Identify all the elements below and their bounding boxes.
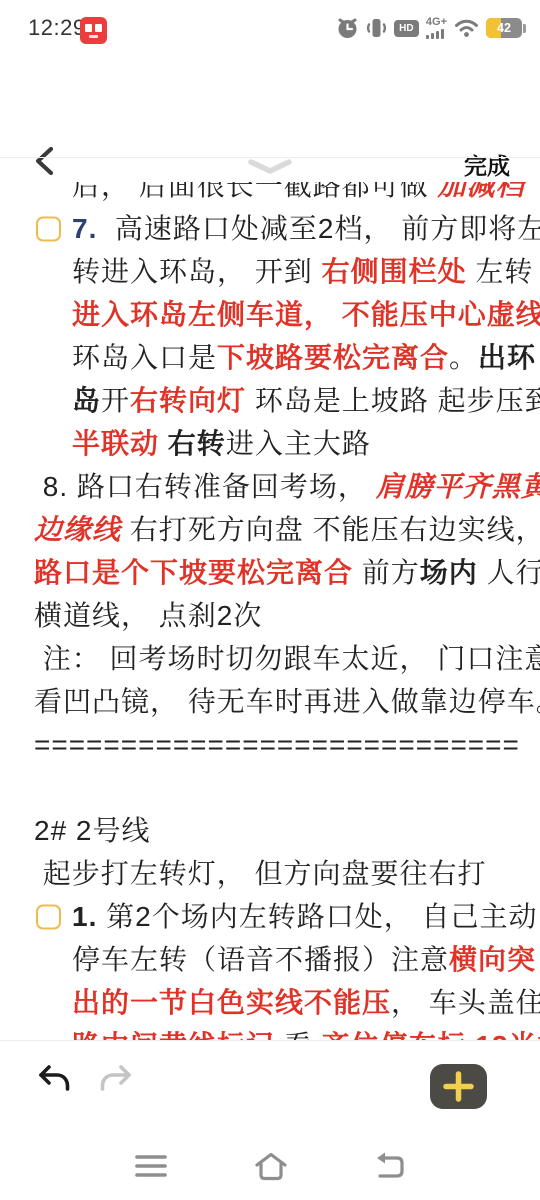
text-segment: 环岛是上坡路 起步压到 xyxy=(246,385,540,416)
note-line: ============================ xyxy=(0,723,540,766)
text-segment: 进入主大路 xyxy=(226,428,371,459)
text-segment: 下坡路要松完离合 xyxy=(217,342,449,373)
red-app-badge-icon xyxy=(80,17,107,44)
text-segment: 横向突 xyxy=(449,944,536,975)
text-segment: 岛 xyxy=(72,385,101,416)
note-line: 边缘线 右打死方向盘 不能压右边实线， xyxy=(0,508,540,551)
undo-icon[interactable] xyxy=(36,1061,72,1101)
text-segment: 看凹凸镜， 待无车时再进入做靠边停车。 xyxy=(34,686,540,717)
vibrate-icon xyxy=(366,16,387,40)
text-segment: 场内 xyxy=(420,557,478,588)
hd-icon: HD xyxy=(394,20,419,37)
text-segment: 半联动 xyxy=(72,428,159,459)
text-segment: 出环 xyxy=(478,342,536,373)
home-icon[interactable] xyxy=(252,1150,290,1184)
alarm-icon xyxy=(336,16,359,40)
text-segment: 出的一节白色实线不能压 xyxy=(72,987,391,1018)
text-segment: 后， 后面很长一截路都可做 xyxy=(72,182,438,201)
plus-icon xyxy=(430,1064,487,1109)
text-segment: 8. 路口右转准备回考场， xyxy=(34,471,376,502)
text-segment: ， 车头盖住 xyxy=(391,987,540,1018)
text-segment: 进入环岛左侧车道， 不能压中心虚线 xyxy=(72,299,540,330)
editor-header: 完成 xyxy=(0,60,540,157)
note-lines: 后， 后面很长一截路都可做 加减档7. 高速路口处减至2档， 前方即将左转进入环… xyxy=(0,182,540,1040)
text-segment: 路口是个下坡要松完离合 xyxy=(34,557,353,588)
text-segment: 路中间黄线标记 xyxy=(72,1030,284,1040)
done-button[interactable]: 完成 xyxy=(464,148,510,181)
network-type-label: 4G+ xyxy=(426,17,447,28)
redo-icon[interactable] xyxy=(98,1061,134,1101)
note-line: 7. 高速路口处减至2档， 前方即将左 xyxy=(0,207,540,250)
clock-time: 12:29 xyxy=(28,15,86,41)
text-segment: 2# 2号线 xyxy=(34,815,151,846)
note-line xyxy=(0,766,540,809)
note-line: 横道线， 点刹2次 xyxy=(0,594,540,637)
text-segment: 起步打左转灯， 但方向盘要往右打 xyxy=(34,858,487,889)
note-line: 起步打左转灯， 但方向盘要往右打 xyxy=(0,852,540,895)
text-segment: 看 xyxy=(284,1030,322,1040)
todo-checkbox[interactable] xyxy=(36,904,61,929)
note-line: 后， 后面很长一截路都可做 加减档 xyxy=(0,182,540,207)
text-segment xyxy=(159,428,168,459)
battery-nub xyxy=(523,24,526,33)
note-line: 8. 路口右转准备回考场， 肩膀平齐黑黄 xyxy=(0,465,540,508)
text-segment: 停车左转（语音不播报）注意 xyxy=(72,944,449,975)
text-segment: 环岛入口是 xyxy=(72,342,217,373)
collapse-chevron-icon[interactable] xyxy=(240,158,300,178)
note-line: 环岛入口是下坡路要松完离合。出环 xyxy=(0,336,540,379)
text-segment: 加减档 xyxy=(438,182,525,201)
text-segment: 第2个场内左转路口处， 自己主动 xyxy=(97,901,537,932)
text-segment: 齐位停车标 12米右 xyxy=(322,1030,540,1040)
add-button[interactable] xyxy=(430,1064,487,1109)
text-segment: 7. xyxy=(72,213,97,244)
text-segment: 肩膀平齐黑黄 xyxy=(376,471,540,502)
status-icons: HD 4G+ 42 xyxy=(336,14,526,42)
text-segment: 1. xyxy=(72,901,97,932)
note-line: 注： 回考场时切勿跟车太近， 门口注意 xyxy=(0,637,540,680)
text-segment: 右侧围栏处 xyxy=(322,256,467,287)
note-line: 半联动 右转进入主大路 xyxy=(0,422,540,465)
note-line: 1. 第2个场内左转路口处， 自己主动 xyxy=(0,895,540,938)
note-line: 路中间黄线标记 看 齐位停车标 12米右 xyxy=(0,1024,540,1040)
text-segment: 边缘线 xyxy=(34,514,121,545)
note-line: 岛开右转向灯 环岛是上坡路 起步压到 xyxy=(0,379,540,422)
text-segment: 注： 回考场时切勿跟车太近， 门口注意 xyxy=(34,643,540,674)
wifi-icon xyxy=(454,18,479,38)
battery-percent: 42 xyxy=(486,18,522,38)
text-segment: 。 xyxy=(449,342,478,373)
note-line: 路口是个下坡要松完离合 前方场内 人行 xyxy=(0,551,540,594)
status-bar: 12:29 HD 4G+ 42 xyxy=(0,0,540,56)
signal-bars-icon: 4G+ xyxy=(426,17,447,39)
note-line: 看凹凸镜， 待无车时再进入做靠边停车。 xyxy=(0,680,540,723)
text-segment: 转进入环岛， 开到 xyxy=(72,256,322,287)
text-segment: 高速路口处减至2档， 前方即将左 xyxy=(97,213,540,244)
text-segment: 开 xyxy=(101,385,130,416)
text-segment: ============================ xyxy=(34,729,520,760)
text-segment: 前方 xyxy=(353,557,420,588)
text-segment: 横道线， 点刹2次 xyxy=(34,600,262,631)
menu-icon[interactable] xyxy=(132,1150,170,1182)
text-segment: 左转 xyxy=(467,256,534,287)
editor-toolbar xyxy=(0,1041,540,1130)
text-segment: 右转 xyxy=(168,428,226,459)
todo-checkbox[interactable] xyxy=(36,216,61,241)
note-line: 出的一节白色实线不能压， 车头盖住 xyxy=(0,981,540,1024)
system-nav-bar xyxy=(0,1130,540,1200)
back-nav-icon[interactable] xyxy=(368,1150,408,1182)
note-line: 停车左转（语音不播报）注意横向突 xyxy=(0,938,540,981)
note-line: 转进入环岛， 开到 右侧围栏处 左转 xyxy=(0,250,540,293)
note-line: 2# 2号线 xyxy=(0,809,540,852)
text-segment: 右打死方向盘 不能压右边实线， xyxy=(121,514,540,545)
text-segment: 人行 xyxy=(478,557,540,588)
text-segment: 右转向灯 xyxy=(130,385,246,416)
note-editor-area[interactable]: 后， 后面很长一截路都可做 加减档7. 高速路口处减至2档， 前方即将左转进入环… xyxy=(0,182,540,1040)
battery-icon: 42 xyxy=(486,18,522,38)
note-line: 进入环岛左侧车道， 不能压中心虚线 xyxy=(0,293,540,336)
back-button[interactable] xyxy=(30,144,60,178)
